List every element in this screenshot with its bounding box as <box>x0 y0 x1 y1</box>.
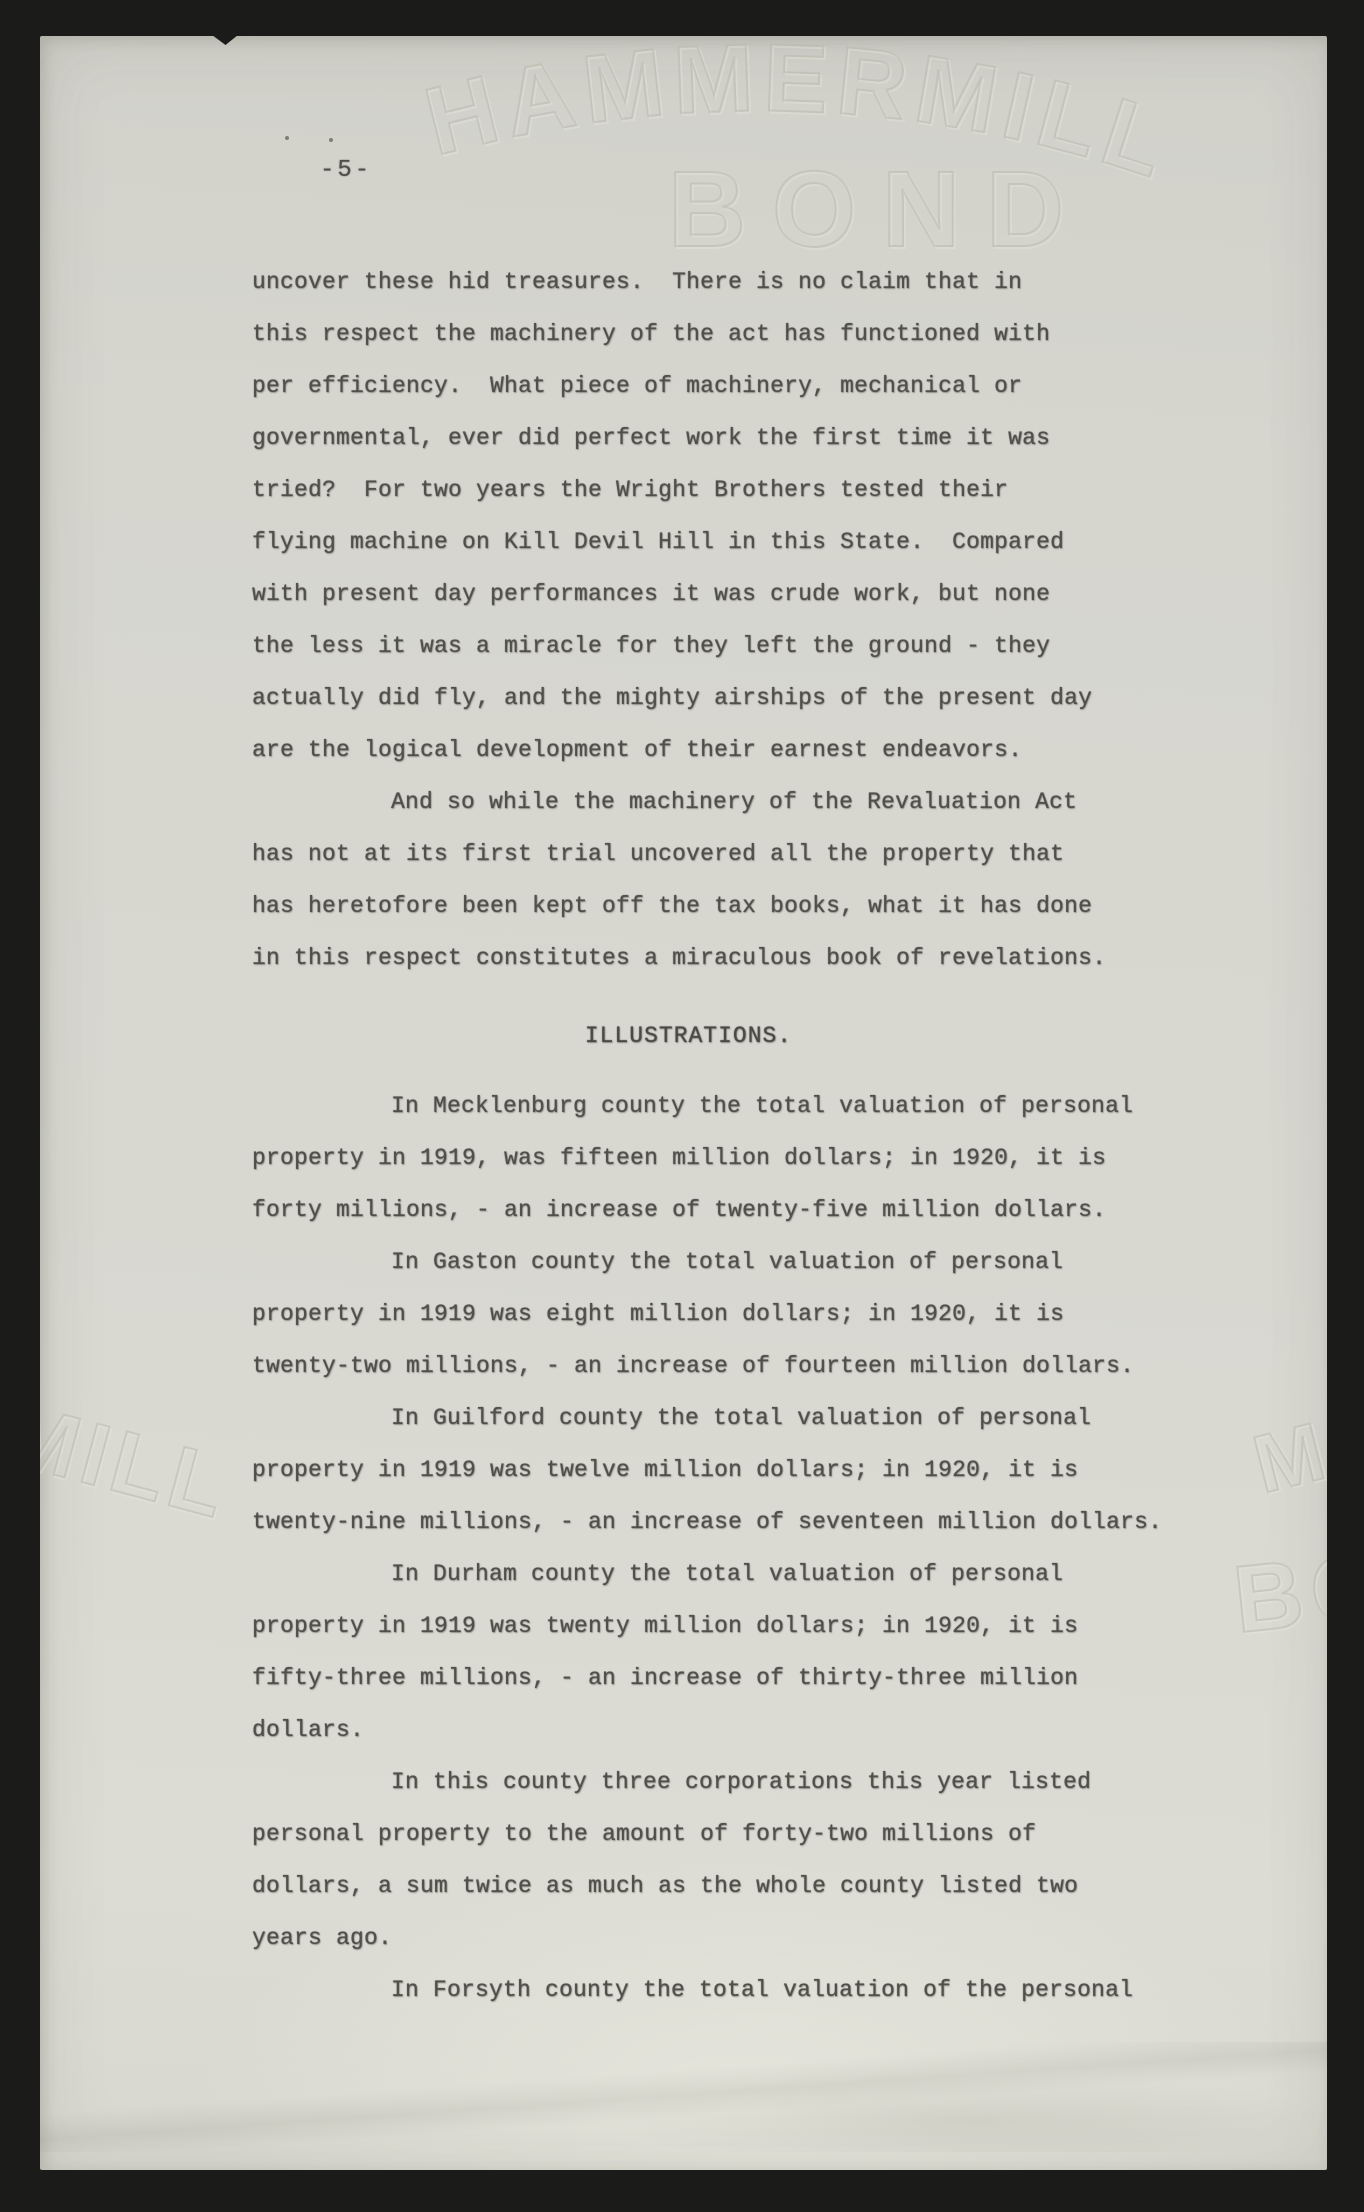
text-line: In Forsyth county the total valuation of… <box>252 1964 1217 2016</box>
text-line: In Gaston county the total valuation of … <box>252 1236 1217 1288</box>
ink-speck <box>329 138 333 142</box>
watermark-partial-right-bottom: BO BO <box>1225 1513 1327 1670</box>
paragraph: And so while the machinery of the Revalu… <box>252 776 1217 984</box>
text-line: And so while the machinery of the Revalu… <box>252 776 1217 828</box>
watermark-bond-text-emboss: BOND <box>670 150 1092 271</box>
watermark-partial-left-text-emboss: MILL <box>40 1385 243 1540</box>
watermark-partial-right-bottom-text-emboss: BO <box>1231 1533 1327 1655</box>
text-line: property in 1919 was eight million dolla… <box>252 1288 1217 1340</box>
text-line: property in 1919, was fifteen million do… <box>252 1132 1217 1184</box>
typewritten-text: uncover these hid treasures. There is no… <box>252 256 1217 2016</box>
text-line: per efficiency. What piece of machinery,… <box>252 360 1217 412</box>
watermark-partial-right-bottom-text: BO <box>1229 1531 1327 1653</box>
paragraph: In Mecklenburg county the total valuatio… <box>252 1080 1217 1236</box>
watermark-partial-right-top: ME ME <box>1239 1365 1327 1532</box>
text-line: uncover these hid treasures. There is no… <box>252 256 1217 308</box>
text-line: dollars, a sum twice as much as the whol… <box>252 1860 1217 1912</box>
text-line: fifty-three millions, - an increase of t… <box>252 1652 1217 1704</box>
paper-sheet: HAMMERMILL HAMMERMILL BOND BOND MILL MIL… <box>40 36 1327 2170</box>
text-line: has heretofore been kept off the tax boo… <box>252 880 1217 932</box>
document-scan: HAMMERMILL HAMMERMILL BOND BOND MILL MIL… <box>0 0 1364 2212</box>
text-line: twenty-two millions, - an increase of fo… <box>252 1340 1217 1392</box>
text-line: In Guilford county the total valuation o… <box>252 1392 1217 1444</box>
text-line: dollars. <box>252 1704 1217 1756</box>
page-number: -5- <box>320 157 372 184</box>
watermark-bond-text: BOND <box>668 148 1090 269</box>
text-line: this respect the machinery of the act ha… <box>252 308 1217 360</box>
text-line: with present day performances it was cru… <box>252 568 1217 620</box>
watermark-partial-left-text: MILL <box>40 1383 242 1538</box>
text-line: are the logical development of their ear… <box>252 724 1217 776</box>
paragraph: In Guilford county the total valuation o… <box>252 1392 1217 1548</box>
paper-crease <box>40 2042 1327 2152</box>
svg-text:HAMMERMILL: HAMMERMILL <box>417 36 1188 202</box>
watermark-arc-text-emboss: HAMMERMILL <box>417 36 1188 202</box>
text-line: twenty-nine millions, - an increase of s… <box>252 1496 1217 1548</box>
text-line: in this respect constitutes a miraculous… <box>252 932 1217 984</box>
watermark-arc-text: HAMMERMILL <box>415 36 1186 200</box>
watermark-partial-right-top-text-emboss: ME <box>1247 1390 1327 1512</box>
text-line: governmental, ever did perfect work the … <box>252 412 1217 464</box>
paragraph: In Durham county the total valuation of … <box>252 1548 1217 1756</box>
paper-tear-notch <box>212 36 238 45</box>
text-line: actually did fly, and the mighty airship… <box>252 672 1217 724</box>
text-line: flying machine on Kill Devil Hill in thi… <box>252 516 1217 568</box>
paragraph: In Forsyth county the total valuation of… <box>252 1964 1217 2016</box>
text-line: forty millions, - an increase of twenty-… <box>252 1184 1217 1236</box>
text-line: In Mecklenburg county the total valuatio… <box>252 1080 1217 1132</box>
paragraph: uncover these hid treasures. There is no… <box>252 256 1217 776</box>
text-line: has not at its first trial uncovered all… <box>252 828 1217 880</box>
ink-speck <box>285 136 289 140</box>
text-line: property in 1919 was twelve million doll… <box>252 1444 1217 1496</box>
watermark-partial-right-top-text: ME <box>1245 1389 1327 1511</box>
paragraph: In this county three corporations this y… <box>252 1756 1217 1964</box>
text-line: In this county three corporations this y… <box>252 1756 1217 1808</box>
paragraph: In Gaston county the total valuation of … <box>252 1236 1217 1392</box>
text-line: the less it was a miracle for they left … <box>252 620 1217 672</box>
section-heading: ILLUSTRATIONS. <box>206 1010 1171 1062</box>
text-line: property in 1919 was twenty million doll… <box>252 1600 1217 1652</box>
text-line: years ago. <box>252 1912 1217 1964</box>
text-line: In Durham county the total valuation of … <box>252 1548 1217 1600</box>
text-line: tried? For two years the Wright Brothers… <box>252 464 1217 516</box>
text-line: personal property to the amount of forty… <box>252 1808 1217 1860</box>
svg-text:HAMMERMILL: HAMMERMILL <box>415 36 1186 200</box>
